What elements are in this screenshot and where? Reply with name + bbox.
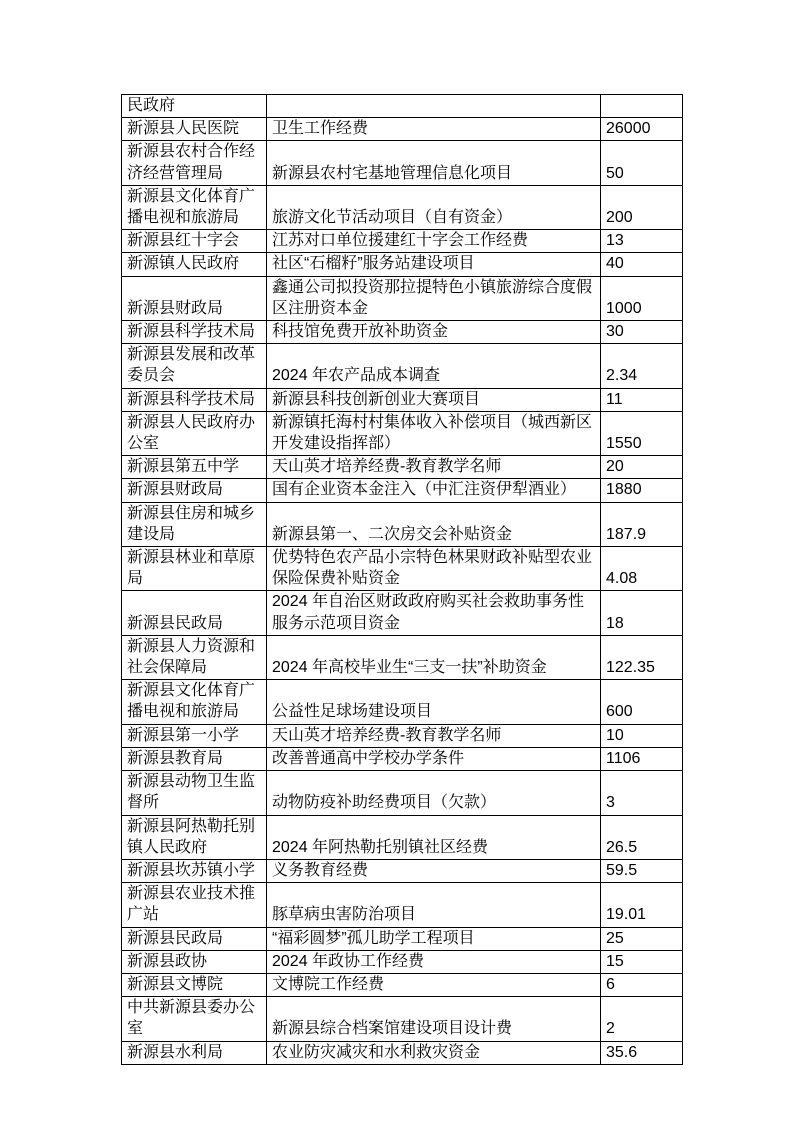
project-cell: 天山英才培养经费-教育教学名师: [267, 724, 601, 747]
funding-table-body: 民政府新源县人民医院卫生工作经费26000新源县农村合作经济经营管理局新源县农村…: [122, 95, 683, 1065]
project-cell: 2024 年高校毕业生“三支一扶”补助资金: [267, 635, 601, 679]
amount-cell: 4.08: [601, 547, 683, 591]
amount-cell: 20: [601, 456, 683, 479]
organization-cell: 民政府: [122, 95, 267, 118]
organization-cell: 新源县第一小学: [122, 724, 267, 747]
organization-cell: 新源县农业技术推广站: [122, 883, 267, 927]
table-row: 新源县科学技术局科技馆免费开放补助资金30: [122, 321, 683, 344]
amount-cell: 30: [601, 321, 683, 344]
table-row: 新源县住房和城乡建设局新源县第一、二次房交会补贴资金187.9: [122, 502, 683, 546]
amount-cell: 122.35: [601, 635, 683, 679]
table-row: 民政府: [122, 95, 683, 118]
table-row: 新源县民政局“福彩圆梦”孤儿助学工程项目25: [122, 927, 683, 950]
organization-cell: 新源县科学技术局: [122, 321, 267, 344]
table-row: 新源县民政局2024 年自治区财政政府购买社会救助事务性服务示范项目资金18: [122, 591, 683, 635]
project-cell: 江苏对口单位援建红十字会工作经费: [267, 230, 601, 253]
project-cell: 社区“石榴籽”服务站建设项目: [267, 253, 601, 276]
amount-cell: 3: [601, 771, 683, 815]
table-row: 新源县科学技术局新源县科技创新创业大赛项目11: [122, 388, 683, 411]
project-cell: 文博院工作经费: [267, 973, 601, 996]
project-cell: 义务教育经费: [267, 859, 601, 882]
table-row: 新源县文化体育广播电视和旅游局公益性足球场建设项目600: [122, 680, 683, 724]
project-cell: 2024 年阿热勒托别镇社区经费: [267, 815, 601, 859]
project-cell: 国有企业资本金注入（中汇注资伊犁酒业）: [267, 479, 601, 502]
project-cell: 2024 年自治区财政政府购买社会救助事务性服务示范项目资金: [267, 591, 601, 635]
amount-cell: 18: [601, 591, 683, 635]
table-row: 新源县农村合作经济经营管理局新源县农村宅基地管理信息化项目50: [122, 141, 683, 185]
table-row: 新源县红十字会江苏对口单位援建红十字会工作经费13: [122, 230, 683, 253]
table-row: 新源县政协2024 年政协工作经费15: [122, 950, 683, 973]
organization-cell: 新源县发展和改革委员会: [122, 344, 267, 388]
table-row: 新源县阿热勒托别镇人民政府2024 年阿热勒托别镇社区经费26.5: [122, 815, 683, 859]
amount-cell: 600: [601, 680, 683, 724]
organization-cell: 新源县科学技术局: [122, 388, 267, 411]
table-row: 新源县发展和改革委员会2024 年农产品成本调查2.34: [122, 344, 683, 388]
organization-cell: 新源镇人民政府: [122, 253, 267, 276]
table-row: 新源县水利局农业防灾减灾和水利救灾资金35.6: [122, 1041, 683, 1064]
table-row: 新源县林业和草原局优势特色农产品小宗特色林果财政补贴型农业保险保费补贴资金4.0…: [122, 547, 683, 591]
organization-cell: 新源县人力资源和社会保障局: [122, 635, 267, 679]
amount-cell: 2.34: [601, 344, 683, 388]
table-row: 新源县文博院文博院工作经费6: [122, 973, 683, 996]
organization-cell: 新源县林业和草原局: [122, 547, 267, 591]
organization-cell: 新源县住房和城乡建设局: [122, 502, 267, 546]
organization-cell: 新源县文化体育广播电视和旅游局: [122, 185, 267, 229]
organization-cell: 新源县民政局: [122, 927, 267, 950]
organization-cell: 新源县人民医院: [122, 118, 267, 141]
project-cell: 豚草病虫害防治项目: [267, 883, 601, 927]
table-row: 新源县人力资源和社会保障局2024 年高校毕业生“三支一扶”补助资金122.35: [122, 635, 683, 679]
organization-cell: 新源县文化体育广播电视和旅游局: [122, 680, 267, 724]
amount-cell: 1880: [601, 479, 683, 502]
organization-cell: 新源县人民政府办公室: [122, 411, 267, 455]
organization-cell: 新源县红十字会: [122, 230, 267, 253]
amount-cell: 19.01: [601, 883, 683, 927]
amount-cell: 200: [601, 185, 683, 229]
organization-cell: 新源县民政局: [122, 591, 267, 635]
amount-cell: 2: [601, 997, 683, 1041]
project-cell: 新源镇托海村村集体收入补偿项目（城西新区开发建设指挥部）: [267, 411, 601, 455]
project-cell: 动物防疫补助经费项目（欠款）: [267, 771, 601, 815]
organization-cell: 新源县阿热勒托别镇人民政府: [122, 815, 267, 859]
table-row: 新源县坎苏镇小学义务教育经费59.5: [122, 859, 683, 882]
amount-cell: 10: [601, 724, 683, 747]
project-cell: 卫生工作经费: [267, 118, 601, 141]
organization-cell: 新源县坎苏镇小学: [122, 859, 267, 882]
project-cell: 旅游文化节活动项目（自有资金）: [267, 185, 601, 229]
amount-cell: 40: [601, 253, 683, 276]
amount-cell: 50: [601, 141, 683, 185]
amount-cell: 26000: [601, 118, 683, 141]
organization-cell: 新源县财政局: [122, 479, 267, 502]
organization-cell: 新源县文博院: [122, 973, 267, 996]
table-row: 新源县人民政府办公室新源镇托海村村集体收入补偿项目（城西新区开发建设指挥部）15…: [122, 411, 683, 455]
project-cell: “福彩圆梦”孤儿助学工程项目: [267, 927, 601, 950]
project-cell: 新源县科技创新创业大赛项目: [267, 388, 601, 411]
project-cell: 公益性足球场建设项目: [267, 680, 601, 724]
table-row: 新源县文化体育广播电视和旅游局旅游文化节活动项目（自有资金）200: [122, 185, 683, 229]
organization-cell: 中共新源县委办公室: [122, 997, 267, 1041]
amount-cell: 35.6: [601, 1041, 683, 1064]
table-row: 新源县第五中学天山英才培养经费-教育教学名师20: [122, 456, 683, 479]
organization-cell: 新源县财政局: [122, 276, 267, 320]
project-cell: 天山英才培养经费-教育教学名师: [267, 456, 601, 479]
amount-cell: 11: [601, 388, 683, 411]
table-row: 新源县财政局鑫通公司拟投资那拉提特色小镇旅游综合度假区注册资本金1000: [122, 276, 683, 320]
amount-cell: 1000: [601, 276, 683, 320]
amount-cell: 15: [601, 950, 683, 973]
amount-cell: 187.9: [601, 502, 683, 546]
project-cell: [267, 95, 601, 118]
project-cell: 鑫通公司拟投资那拉提特色小镇旅游综合度假区注册资本金: [267, 276, 601, 320]
project-cell: 新源县综合档案馆建设项目设计费: [267, 997, 601, 1041]
organization-cell: 新源县农村合作经济经营管理局: [122, 141, 267, 185]
organization-cell: 新源县教育局: [122, 747, 267, 770]
amount-cell: 6: [601, 973, 683, 996]
amount-cell: 59.5: [601, 859, 683, 882]
organization-cell: 新源县水利局: [122, 1041, 267, 1064]
amount-cell: 26.5: [601, 815, 683, 859]
organization-cell: 新源县第五中学: [122, 456, 267, 479]
table-row: 新源县人民医院卫生工作经费26000: [122, 118, 683, 141]
table-row: 新源镇人民政府社区“石榴籽”服务站建设项目40: [122, 253, 683, 276]
project-cell: 新源县第一、二次房交会补贴资金: [267, 502, 601, 546]
organization-cell: 新源县动物卫生监督所: [122, 771, 267, 815]
funding-table: 民政府新源县人民医院卫生工作经费26000新源县农村合作经济经营管理局新源县农村…: [121, 94, 683, 1065]
table-row: 新源县第一小学天山英才培养经费-教育教学名师10: [122, 724, 683, 747]
table-row: 新源县农业技术推广站豚草病虫害防治项目19.01: [122, 883, 683, 927]
amount-cell: 13: [601, 230, 683, 253]
project-cell: 农业防灾减灾和水利救灾资金: [267, 1041, 601, 1064]
project-cell: 改善普通高中学校办学条件: [267, 747, 601, 770]
amount-cell: 1106: [601, 747, 683, 770]
project-cell: 科技馆免费开放补助资金: [267, 321, 601, 344]
project-cell: 优势特色农产品小宗特色林果财政补贴型农业保险保费补贴资金: [267, 547, 601, 591]
project-cell: 新源县农村宅基地管理信息化项目: [267, 141, 601, 185]
organization-cell: 新源县政协: [122, 950, 267, 973]
table-row: 中共新源县委办公室新源县综合档案馆建设项目设计费2: [122, 997, 683, 1041]
project-cell: 2024 年政协工作经费: [267, 950, 601, 973]
table-row: 新源县财政局国有企业资本金注入（中汇注资伊犁酒业）1880: [122, 479, 683, 502]
table-row: 新源县动物卫生监督所动物防疫补助经费项目（欠款）3: [122, 771, 683, 815]
project-cell: 2024 年农产品成本调查: [267, 344, 601, 388]
amount-cell: 25: [601, 927, 683, 950]
table-row: 新源县教育局改善普通高中学校办学条件1106: [122, 747, 683, 770]
amount-cell: 1550: [601, 411, 683, 455]
document-page: 民政府新源县人民医院卫生工作经费26000新源县农村合作经济经营管理局新源县农村…: [0, 0, 793, 1122]
amount-cell: [601, 95, 683, 118]
